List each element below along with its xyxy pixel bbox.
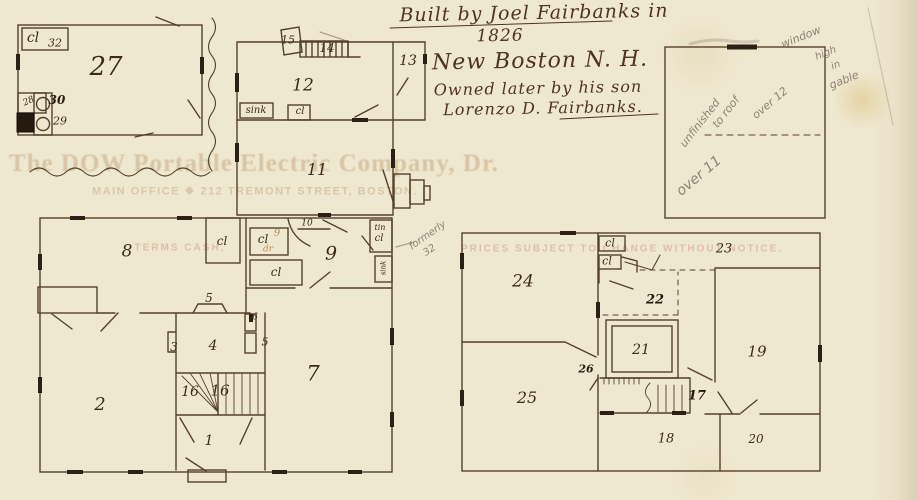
room-12: 12 — [292, 78, 314, 95]
closet-8: cl — [217, 235, 228, 247]
handwriting-year: 1826 — [476, 26, 524, 47]
room-4: 4 — [209, 339, 218, 353]
pencil-in: in — [830, 60, 842, 73]
pencil-over-11: over 11 — [674, 153, 724, 198]
room-17: 17 — [688, 390, 706, 403]
room-7: 7 — [306, 364, 319, 385]
room-23: 23 — [716, 243, 733, 256]
room-19: 19 — [747, 345, 766, 360]
sink-label: sink — [246, 106, 267, 116]
closet-32-cl: cl — [27, 31, 39, 45]
room-18: 18 — [658, 433, 675, 446]
pencil-over-12: over 12 — [750, 85, 789, 120]
room-30: 30 — [49, 94, 66, 106]
room-31: 31 — [18, 117, 32, 127]
room-21: 21 — [632, 343, 650, 357]
pencil-gable: gable — [828, 69, 860, 91]
handwriting-owned-later: Owned later by his son — [434, 77, 643, 100]
stair-16b: 16 — [210, 384, 229, 399]
passage-6: 6 — [252, 314, 258, 323]
room-11: 11 — [307, 162, 327, 178]
room-24: 24 — [512, 274, 534, 291]
room-27: 27 — [89, 54, 122, 80]
pencil-9: 9 — [274, 229, 280, 239]
closet-9a: cl — [258, 233, 269, 245]
closet-32-num: 32 — [48, 38, 62, 49]
room-20: 20 — [748, 433, 763, 445]
pencil-window: window — [780, 24, 823, 50]
room-28: 28 — [22, 96, 36, 109]
room-8: 8 — [122, 244, 133, 261]
stair-16a: 16 — [181, 385, 199, 399]
closet-24b: cl — [602, 256, 612, 267]
tin-closet-word: tin — [375, 224, 386, 232]
room-labels-layer: 27cl32283130291514121311sinkcl8clcl9drcl… — [0, 0, 918, 500]
room-13: 13 — [399, 54, 417, 68]
room-22: 22 — [646, 294, 664, 307]
closet-9b: cl — [271, 266, 282, 278]
room-15: 15 — [281, 35, 295, 46]
room-29: 29 — [53, 116, 67, 127]
closet-24a: cl — [605, 238, 615, 249]
pencil-dr: dr — [263, 246, 273, 255]
room-26: 26 — [578, 364, 593, 375]
room-3: 3 — [170, 341, 178, 353]
room-9: 9 — [325, 245, 337, 264]
sink-small: sink — [381, 261, 388, 276]
stair-5-top: 5 — [205, 292, 213, 304]
pencil-formerly-num: 32 — [422, 243, 438, 258]
room-1: 1 — [205, 434, 214, 448]
scanned-floor-plan-document: The DOW Portable Electric Company, Dr. M… — [0, 0, 918, 500]
passage-5: 5 — [262, 337, 269, 348]
handwriting-town: New Boston N. H. — [432, 47, 648, 76]
room-14: 14 — [319, 42, 334, 54]
room-10: 10 — [301, 220, 312, 229]
tin-closet-cl: cl — [375, 234, 384, 244]
room-25: 25 — [517, 390, 537, 406]
handwriting-lorenzo: Lorenzo D. Fairbanks. — [443, 97, 643, 119]
closet-mid: cl — [296, 107, 305, 117]
room-2: 2 — [94, 396, 105, 414]
